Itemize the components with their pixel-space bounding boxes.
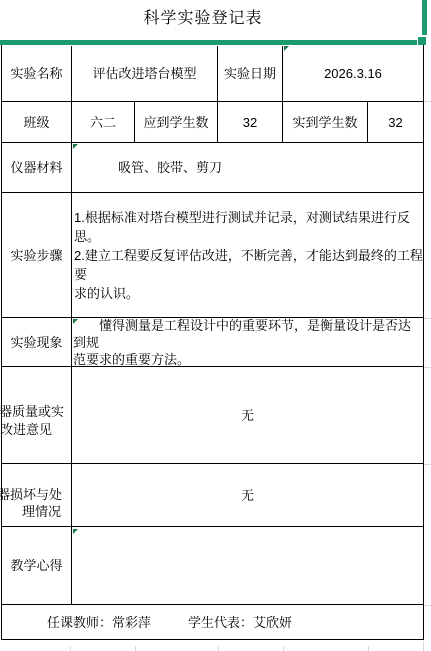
cell-quality-label[interactable]: 仪器质量或实 改进意见 xyxy=(2,367,72,463)
cell-class-value[interactable]: 六二 xyxy=(72,102,135,142)
row-experiment: 实验名称 评估改进塔台模型 实验日期 2026.3.16 xyxy=(2,46,423,102)
selection-border-bottom xyxy=(0,40,417,45)
cell-damage-value[interactable]: 无 xyxy=(72,464,423,526)
reflection-label: 教学心得 xyxy=(10,557,62,574)
row-steps: 实验步骤 1.根据标准对塔台模型进行测试并记录，对测试结果进行反思。 2.建立工… xyxy=(2,193,423,318)
experiment-date-label: 实验日期 xyxy=(224,65,276,82)
expected-students-value: 32 xyxy=(243,114,257,131)
row-reflection: 教学心得 xyxy=(2,527,423,605)
row-phenomenon: 实验现象 懂得测量是工程设计中的重要环节，是衡量设计是否达到规 范要求的重要方法… xyxy=(2,318,423,367)
error-indicator xyxy=(73,319,78,324)
experiment-name-label: 实验名称 xyxy=(10,65,62,82)
quality-value: 无 xyxy=(241,407,254,424)
gridline-stub xyxy=(283,646,284,651)
actual-students-label: 实到学生数 xyxy=(292,114,357,131)
materials-label: 仪器材料 xyxy=(10,159,62,176)
gridline-stub xyxy=(368,646,369,651)
error-indicator xyxy=(73,529,78,534)
cell-quality-value[interactable]: 无 xyxy=(72,367,423,463)
cell-expected-students-value[interactable]: 32 xyxy=(218,102,283,142)
student-signature: 学生代表：艾欣妍 xyxy=(188,614,292,631)
actual-students-value: 32 xyxy=(388,114,402,131)
damage-value: 无 xyxy=(241,487,254,504)
error-indicator xyxy=(73,144,78,149)
gridline-stub xyxy=(218,646,219,651)
phenomenon-value: 懂得测量是工程设计中的重要环节，是衡量设计是否达到规 范要求的重要方法。 xyxy=(73,317,423,368)
spreadsheet-canvas: 科学实验登记表 实验名称 评估改进塔台模型 实验日期 2026.3.16 班级 … xyxy=(0,0,431,651)
table-right-border xyxy=(423,45,424,640)
experiment-name-value: 评估改进塔台模型 xyxy=(92,65,196,82)
steps-label: 实验步骤 xyxy=(10,247,62,264)
class-label: 班级 xyxy=(23,114,49,131)
gridline-stub xyxy=(424,318,431,319)
cell-expected-students-label[interactable]: 应到学生数 xyxy=(135,102,218,142)
cell-materials-value[interactable]: 吸管、胶带、剪刀 xyxy=(72,143,423,192)
damage-label-line2: 理情况 xyxy=(22,503,61,520)
quality-label-line1: 仪器质量或实 xyxy=(0,403,64,420)
cell-damage-label[interactable]: 仪器损坏与处 理情况 xyxy=(2,464,72,526)
cell-experiment-date-value[interactable]: 2026.3.16 xyxy=(283,46,423,101)
gridline-stub xyxy=(424,605,431,606)
cell-actual-students-value[interactable]: 32 xyxy=(368,102,423,142)
cell-actual-students-label[interactable]: 实到学生数 xyxy=(283,102,368,142)
cell-steps-value[interactable]: 1.根据标准对塔台模型进行测试并记录，对测试结果进行反思。 2.建立工程要反复评… xyxy=(72,193,423,317)
row-damage: 仪器损坏与处 理情况 无 xyxy=(2,464,423,527)
cell-experiment-date-label[interactable]: 实验日期 xyxy=(218,46,283,101)
cell-experiment-name-value[interactable]: 评估改进塔台模型 xyxy=(72,46,218,101)
materials-value: 吸管、胶带、剪刀 xyxy=(118,159,222,176)
experiment-date-value: 2026.3.16 xyxy=(324,65,382,82)
steps-value: 1.根据标准对塔台模型进行测试并记录，对测试结果进行反思。 2.建立工程要反复评… xyxy=(74,208,423,303)
error-indicator xyxy=(284,46,289,51)
gridline-stub xyxy=(424,464,431,465)
form-title: 科学实验登记表 xyxy=(0,8,406,30)
row-quality: 仪器质量或实 改进意见 无 xyxy=(2,367,423,464)
gridline-stub xyxy=(424,101,431,102)
phenomenon-label: 实验现象 xyxy=(10,334,62,351)
class-value: 六二 xyxy=(90,114,116,131)
cell-phenomenon-label[interactable]: 实验现象 xyxy=(2,318,72,366)
fill-handle[interactable] xyxy=(417,36,427,46)
damage-label-line1: 仪器损坏与处 xyxy=(0,486,62,503)
cell-materials-label[interactable]: 仪器材料 xyxy=(2,143,72,192)
cell-signatures[interactable]: 任课教师：常彩萍 学生代表：艾欣妍 xyxy=(2,605,423,639)
cell-steps-label[interactable]: 实验步骤 xyxy=(2,193,72,317)
teacher-signature: 任课教师：常彩萍 xyxy=(47,614,151,631)
quality-label-line2: 改进意见 xyxy=(0,421,52,438)
cell-reflection-label[interactable]: 教学心得 xyxy=(2,527,72,604)
expected-students-label: 应到学生数 xyxy=(143,114,208,131)
gridline-stub xyxy=(424,367,431,368)
gridline-stub xyxy=(135,646,136,651)
row-materials: 仪器材料 吸管、胶带、剪刀 xyxy=(2,143,423,193)
selection-border-right xyxy=(422,0,427,35)
gridline-stub xyxy=(70,646,71,651)
cell-reflection-value[interactable] xyxy=(72,527,423,604)
gridline-stub xyxy=(423,641,424,651)
cell-phenomenon-value[interactable]: 懂得测量是工程设计中的重要环节，是衡量设计是否达到规 范要求的重要方法。 xyxy=(72,318,423,366)
row-signatures: 任课教师：常彩萍 学生代表：艾欣妍 xyxy=(2,605,423,640)
cell-experiment-name-label[interactable]: 实验名称 xyxy=(2,46,72,101)
row-class: 班级 六二 应到学生数 32 实到学生数 32 xyxy=(2,102,423,143)
cell-class-label[interactable]: 班级 xyxy=(2,102,72,142)
